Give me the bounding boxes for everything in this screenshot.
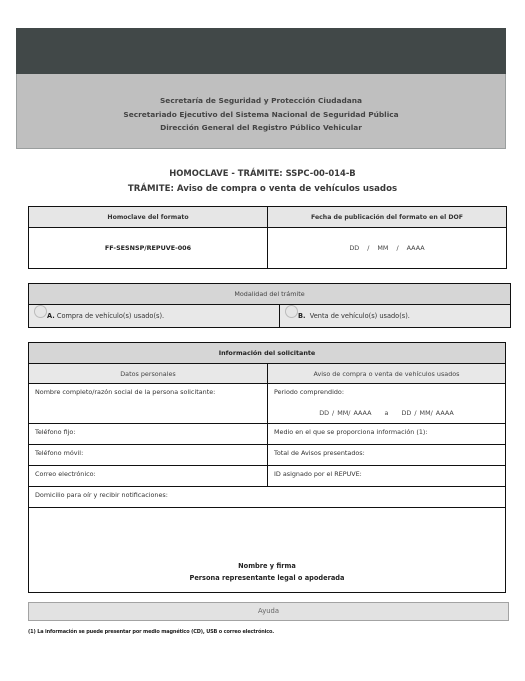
solicitante-header: Información del solicitante	[29, 343, 506, 364]
option-letter: B.	[298, 312, 306, 320]
header-line-secretariado: Secretariado Ejecutivo del Sistema Nacio…	[17, 108, 505, 122]
header-line-direccion: Dirección General del Registro Público V…	[17, 121, 505, 135]
option-letter: A.	[47, 312, 55, 320]
homoclave-title: HOMOCLAVE - TRÁMITE: SSPC-00-014-B	[0, 168, 525, 178]
period-from[interactable]: DD / MM/ AAAA	[319, 409, 371, 417]
datos-personales-header: Datos personales	[29, 364, 268, 384]
footnote: (1) La información se puede presentar po…	[28, 629, 274, 635]
id-repuve-field[interactable]: ID asignado por el REPUVE:	[268, 466, 506, 487]
option-compra[interactable]: A. Compra de vehículo(s) usado(s).	[29, 305, 280, 328]
total-avisos-field[interactable]: Total de Avisos presentados:	[268, 445, 506, 466]
header-institution-block: Secretaría de Seguridad y Protección Ciu…	[16, 74, 506, 149]
option-label: Compra de vehículo(s) usado(s).	[57, 312, 164, 320]
option-label: Venta de vehículo(s) usado(s).	[310, 312, 410, 320]
solicitante-table: Información del solicitante Datos person…	[28, 342, 506, 593]
radio-compra[interactable]	[34, 305, 47, 318]
header-line-secretaria: Secretaría de Seguridad y Protección Ciu…	[17, 94, 505, 108]
format-code: FF-SESNSP/REPUVE-006	[29, 228, 268, 269]
signature-name-label: Nombre y firma	[35, 560, 499, 572]
nombre-field[interactable]: Nombre completo/razón social de la perso…	[29, 384, 268, 424]
header-dark-band	[16, 28, 506, 74]
help-button[interactable]: Ayuda	[28, 602, 509, 621]
radio-venta[interactable]	[285, 305, 298, 318]
option-venta[interactable]: B. Venta de vehículo(s) usado(s).	[280, 305, 511, 328]
periodo-label: Periodo comprendido:	[274, 388, 499, 396]
period-to[interactable]: DD / MM/ AAAA	[402, 409, 454, 417]
aviso-header: Aviso de compra o venta de vehículos usa…	[268, 364, 506, 384]
domicilio-field[interactable]: Domicilio para oír y recibir notificacio…	[29, 487, 506, 508]
dof-date-field[interactable]: DD / MM / AAAA	[268, 228, 507, 269]
dof-date-header: Fecha de publicación del formato en el D…	[268, 207, 507, 228]
signature-area: Nombre y firma Persona representante leg…	[29, 508, 506, 593]
correo-field[interactable]: Correo electrónico:	[29, 466, 268, 487]
format-info-table: Homoclave del formato Fecha de publicaci…	[28, 206, 507, 269]
periodo-field[interactable]: Periodo comprendido: DD / MM/ AAAA a DD …	[268, 384, 506, 424]
modalidad-header: Modalidad del trámite	[29, 284, 511, 305]
modalidad-table: Modalidad del trámite A. Compra de vehíc…	[28, 283, 511, 328]
signature-role-label: Persona representante legal o apoderada	[35, 572, 499, 584]
telefono-movil-field[interactable]: Teléfono móvil:	[29, 445, 268, 466]
periodo-dates: DD / MM/ AAAA a DD / MM/ AAAA	[274, 409, 499, 417]
homoclave-header: Homoclave del formato	[29, 207, 268, 228]
telefono-fijo-field[interactable]: Teléfono fijo:	[29, 424, 268, 445]
tramite-title: TRÁMITE: Aviso de compra o venta de vehí…	[0, 184, 525, 194]
period-connector: a	[385, 409, 389, 417]
medio-field[interactable]: Medio en el que se proporciona informaci…	[268, 424, 506, 445]
